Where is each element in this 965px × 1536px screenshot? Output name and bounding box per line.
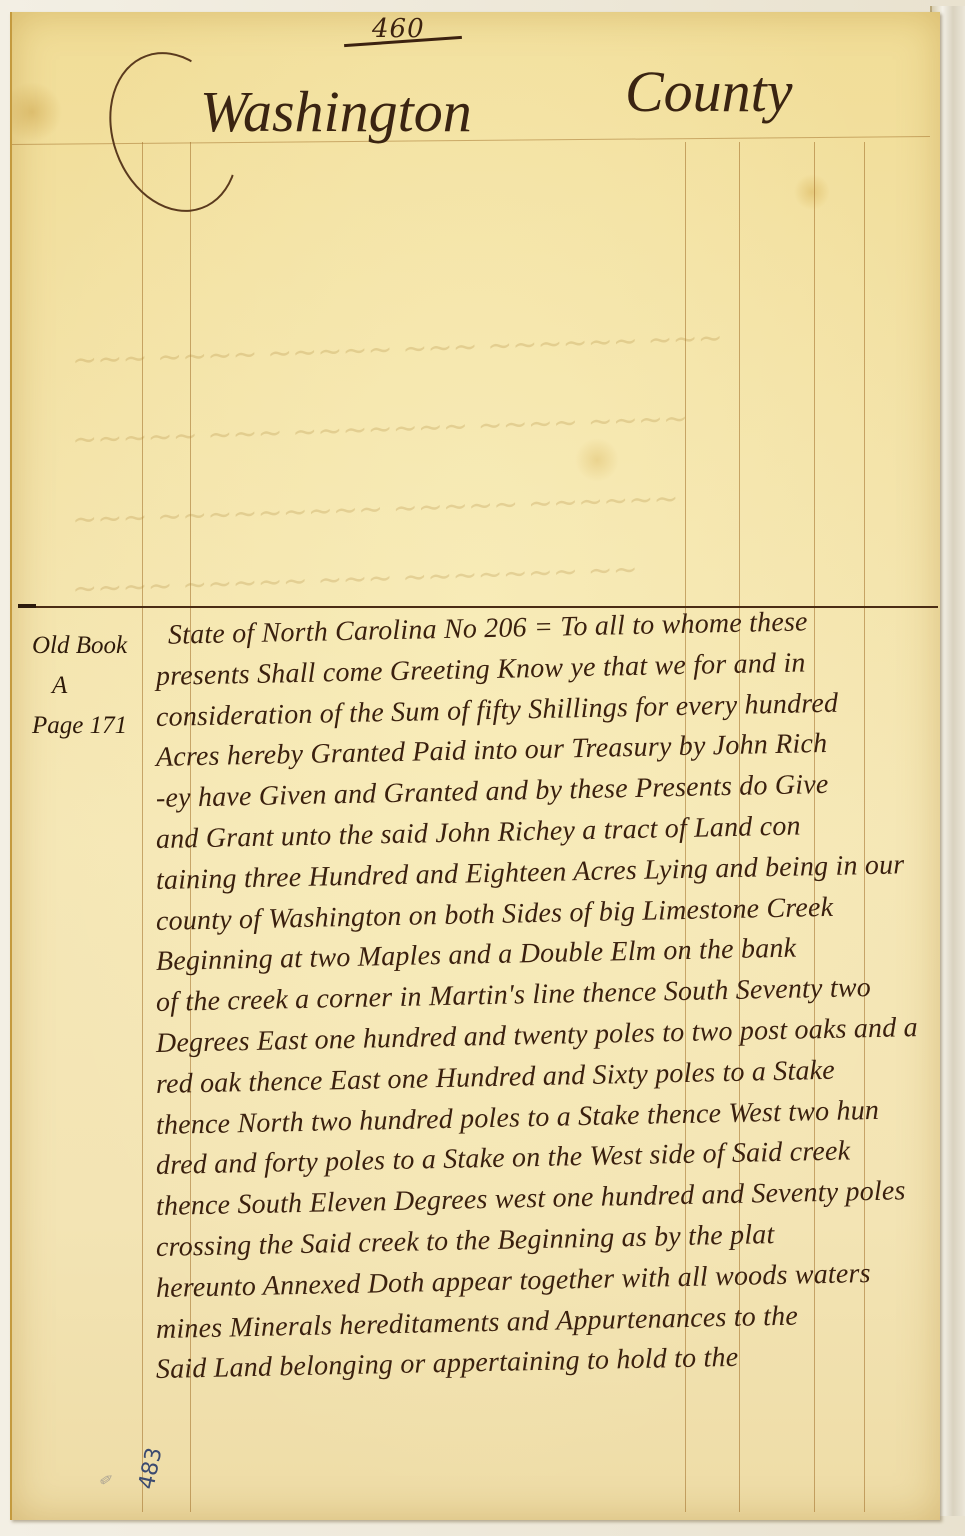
margin-note-book: Old Book [32, 626, 127, 666]
margin-reference-note: Old Book A Page 171 [32, 626, 127, 746]
grant-body-text: State of North Carolina No 206 = To all … [156, 616, 946, 1391]
margin-note-volume: A [32, 666, 127, 706]
bleed-through-text: ~~~~~ ~~~ ~~~~~~~ ~~~~ ~~~~ [72, 401, 689, 457]
county-title-name: Washington [200, 78, 472, 145]
county-title-label: County [625, 58, 793, 125]
bleed-through-text: ~~~ ~~~~~~~~~ ~~~~~ ~~~~~~ [72, 481, 680, 537]
bleed-through-text: ~~~~ ~~~~~ ~~~ ~~~~~~~ ~~ [72, 552, 639, 607]
divider-tick-mark [18, 604, 36, 608]
bleed-through-text: ~~~ ~~~~ ~~~~~ ~~~ ~~~~~~ ~~~ [72, 321, 724, 379]
margin-note-page: Page 171 [32, 706, 127, 746]
